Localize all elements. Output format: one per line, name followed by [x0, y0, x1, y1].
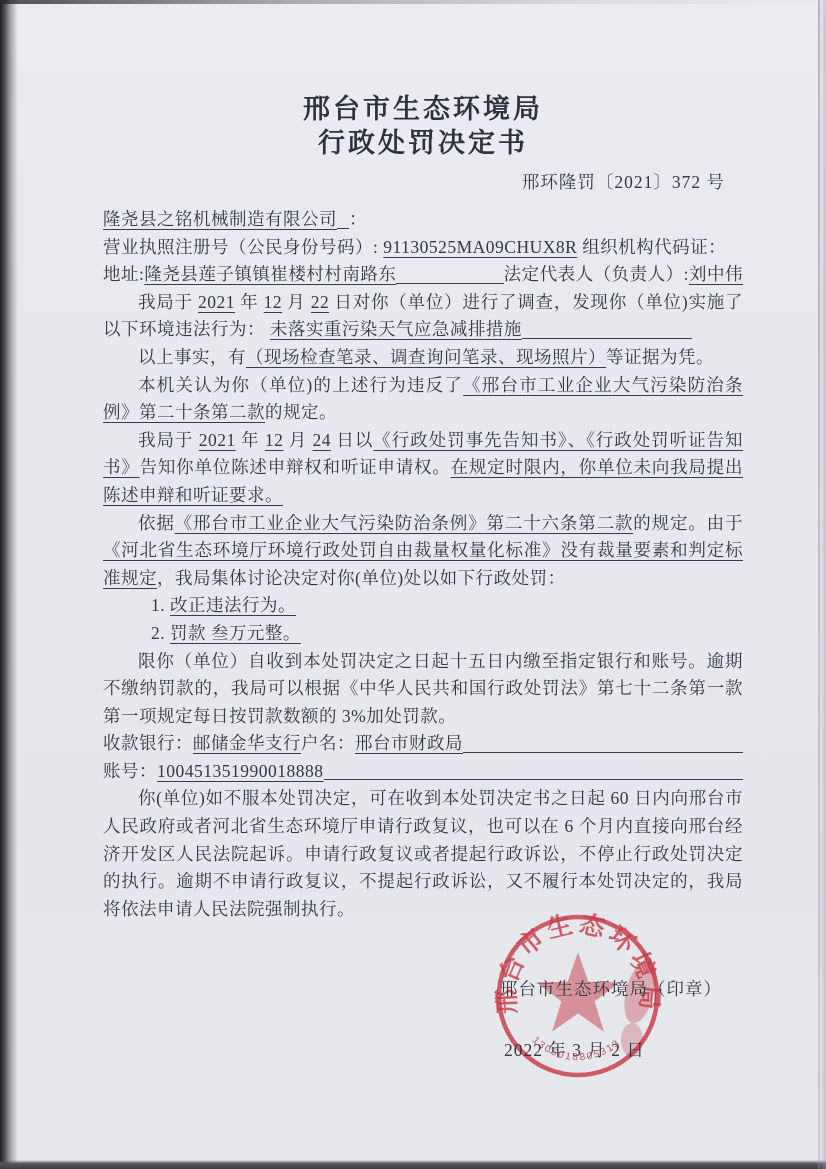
- account-label: 账号：: [103, 758, 157, 786]
- bank-name: 邮储金华支行: [193, 730, 301, 758]
- violated-rule-paragraph: 本机关认为你（单位)的上述行为违反了《邢台市工业企业大气污染防治条例》第二十条第…: [103, 372, 743, 427]
- scan-edge-left: [0, 0, 18, 1169]
- account-number: 100451351990018888: [157, 758, 324, 786]
- recipient-company: 隆尧县之铭机械制造有限公司: [103, 209, 337, 229]
- investigation-day: 22: [311, 292, 330, 312]
- recipient-colon: ：: [349, 209, 367, 229]
- blank-underline: [337, 211, 349, 230]
- penalty-item-1: 1. 改正违法行为。: [103, 592, 743, 620]
- penalty-number: 1.: [151, 592, 170, 620]
- investigation-year: 2021: [198, 292, 235, 312]
- license-label: 营业执照注册号（公民身份号码）:: [103, 237, 383, 257]
- evidence-paragraph: 以上事实，有（现场检查笔录、调查询问笔录、现场照片）等证据为凭。: [103, 344, 743, 372]
- payment-paragraph: 限你（单位）自收到本处罚决定之日起十五日内缴至指定银行和账号。逾期不缴纳罚款的，…: [103, 648, 743, 731]
- basis-rule: 《邢台市工业企业大气污染防治条例》第二十六条第二款: [175, 513, 634, 533]
- recipient-line: 隆尧县之铭机械制造有限公司：: [103, 206, 743, 234]
- text-run: ，我局集体讨论决定对你(单位)处以如下行政处罚：: [157, 568, 566, 588]
- address-value: 隆尧县莲子镇镇崔楼村村南路东: [144, 261, 396, 289]
- account-name-label: 户名：: [301, 730, 355, 758]
- text-run: 年: [235, 292, 264, 312]
- text-run: 月: [283, 430, 312, 450]
- text-run: 日以: [331, 430, 373, 450]
- scan-edge-top: [0, 0, 826, 4]
- scan-edge-right: [819, 0, 826, 1169]
- document-body-text: 隆尧县之铭机械制造有限公司： 营业执照注册号（公民身份号码）: 91130525…: [103, 206, 743, 923]
- address-label: 地址:: [103, 261, 144, 289]
- text-run: 的规定。: [265, 402, 337, 422]
- text-run: 的规定。由于: [633, 513, 743, 533]
- blank-underline: [522, 321, 692, 340]
- notice-year: 2021: [199, 430, 236, 450]
- investigation-month: 12: [264, 292, 283, 312]
- violation-text: 未落实重污染天气应急减排措施: [270, 319, 522, 339]
- signature-line: 邢台市生态环境局（印章）: [500, 976, 722, 1001]
- text-run: 本机关认为你（单位)的上述行为违反了: [138, 375, 463, 395]
- text-run: 年: [236, 430, 265, 450]
- investigation-paragraph: 我局于 2021 年 12 月 22 日对你（单位）进行了调查，发现你（单位)实…: [103, 289, 743, 344]
- document-content: 邢台市生态环境局 行政处罚决定书 邢环隆罚〔2021〕372 号 隆尧县之铭机械…: [103, 92, 743, 923]
- blank-underline: [396, 283, 503, 284]
- account-line: 账号：100451351990018888: [103, 758, 743, 786]
- text-run: 依据: [138, 513, 175, 533]
- license-line: 营业执照注册号（公民身份号码）: 91130525MA09CHUX8R 组织机构…: [103, 234, 743, 262]
- text-run: 我局于: [138, 430, 199, 450]
- basis-paragraph: 依据《邢台市工业企业大气污染防治条例》第二十六条第二款的规定。由于《河北省生态环…: [103, 510, 743, 593]
- legal-rep-label: 法定代表人（负责人）:: [504, 261, 689, 289]
- license-suffix: 组织机构代码证：: [577, 237, 726, 257]
- text-run: 我局于: [138, 292, 198, 312]
- penalty-item-2: 2. 罚款 叁万元整。: [103, 620, 743, 648]
- bank-line: 收款银行：邮储金华支行户名：邢台市财政局: [103, 730, 743, 758]
- account-name: 邢台市财政局: [355, 730, 463, 758]
- decision-date: 2022 年 3 月 2 日: [504, 1037, 645, 1062]
- text-run: 等证据为凭。: [606, 347, 714, 367]
- address-line: 地址: 隆尧县莲子镇镇崔楼村村南路东法定代表人（负责人）: 刘中伟: [103, 261, 743, 289]
- notice-month: 12: [265, 430, 284, 450]
- bank-label: 收款银行：: [103, 730, 193, 758]
- document-title: 邢台市生态环境局 行政处罚决定书: [103, 92, 743, 160]
- penalty-number: 2.: [151, 620, 170, 648]
- scanned-document-page: 邢台市生态环境局 行政处罚决定书 邢环隆罚〔2021〕372 号 隆尧县之铭机械…: [0, 0, 826, 1169]
- notice-day: 24: [313, 430, 332, 450]
- legal-rep-name: 刘中伟: [689, 261, 743, 289]
- penalty-text: 改正违法行为。: [170, 592, 296, 620]
- blank-underline: [324, 779, 744, 780]
- license-number: 91130525MA09CHUX8R: [383, 237, 577, 257]
- blank-underline: [463, 752, 743, 753]
- penalty-text: 罚款 叁万元整。: [170, 620, 301, 648]
- text-run: 月: [282, 292, 311, 312]
- document-number: 邢环隆罚〔2021〕372 号: [103, 169, 743, 194]
- scan-edge-bottom: [0, 1160, 826, 1169]
- text-run: 告知你单位陈述申辩权和听证申请权。: [140, 457, 451, 477]
- notice-paragraph: 我局于 2021 年 12 月 24 日以《行政处罚事先告知书》、《行政处罚听证…: [103, 427, 743, 510]
- evidence-items: （现场检查笔录、调查询问笔录、现场照片）: [246, 347, 606, 367]
- title-doc-type: 行政处罚决定书: [103, 126, 743, 160]
- text-run: 以上事实，有: [138, 347, 246, 367]
- title-agency: 邢台市生态环境局: [103, 92, 743, 126]
